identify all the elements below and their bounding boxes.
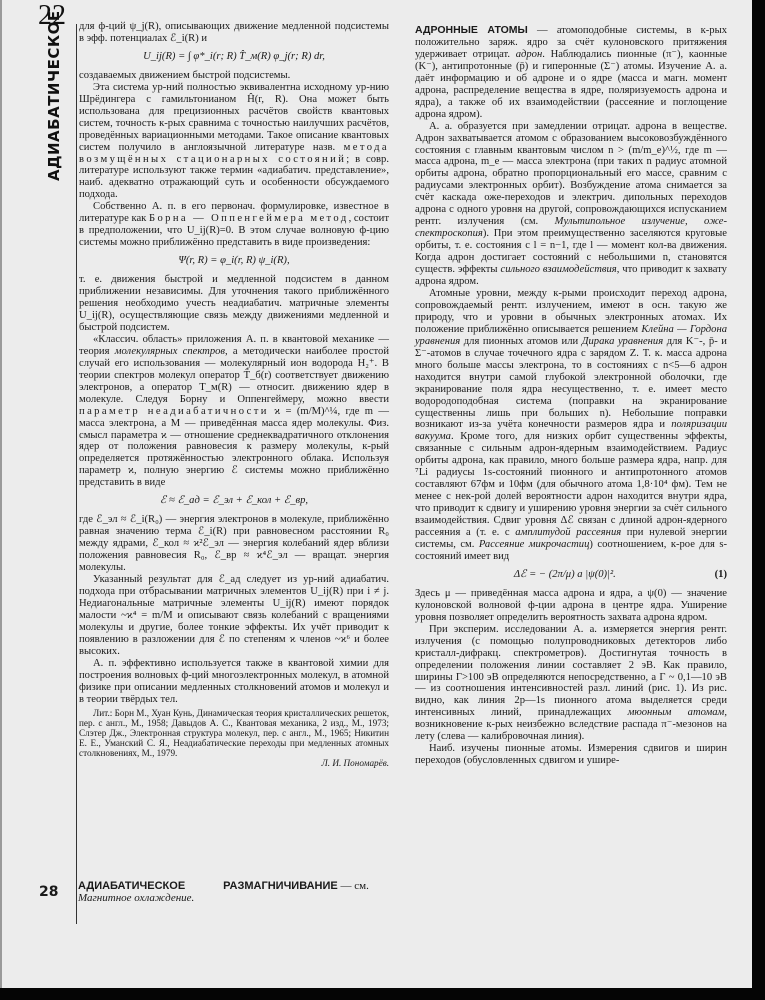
paragraph: А. а. образуется при замедлении отрицат.…: [415, 121, 727, 288]
cross-reference[interactable]: сильного взаимодействия: [501, 264, 617, 275]
spaced-term: Борна — Оппенгеймера метод: [149, 213, 349, 224]
left-column: для ф-ций ψ_j(R), описывающих движение м…: [79, 21, 389, 768]
entry-title: РАЗМАГНИЧИВАНИЕ: [223, 880, 338, 892]
scan-border-bottom: [0, 988, 765, 1000]
page-number-bottom: 28: [39, 884, 58, 900]
column-rule: [76, 24, 77, 924]
right-column: АДРОННЫЕ АТОМЫ — атомоподобные системы, …: [415, 25, 727, 767]
text: ϰ = (m/M)^¼, где m — масса электрона, а …: [79, 406, 389, 489]
paragraph: Указанный результат для ℰ_ад следует из …: [79, 574, 389, 658]
text: А. а. образуется при замедлении отрицат.…: [415, 121, 727, 228]
cross-reference[interactable]: Магнитное охлаждение.: [78, 892, 194, 904]
paragraph: где ℰ_эл ≈ ℰ_i(R₀) — энергия электронов …: [79, 514, 389, 574]
cross-reference[interactable]: Рассеяние микрочастиц: [479, 539, 590, 550]
paragraph: Атомные уровни, между к-рыми происходит …: [415, 288, 727, 563]
scan-border-right: [752, 0, 765, 1000]
text: для K⁻-, p̄- и Σ⁻-атомов в случае точечн…: [415, 336, 727, 431]
scanned-page: 22 АДИАБАТИЧЕСКОЕ для ф-ций ψ_j(R), опис…: [0, 0, 754, 988]
text: Эта система ур-ний полностью эквивалентн…: [79, 82, 389, 153]
running-head: АДИАБАТИЧЕСКОЕ: [45, 31, 63, 181]
paragraph: Собственно А. п. в его первонач. формули…: [79, 201, 389, 249]
entry-title: АДИАБАТИЧЕСКОЕ: [78, 880, 185, 892]
paragraph: При эксперим. исследовании А. а. измеряе…: [415, 624, 727, 744]
formula-wavefunction: Ψ(r, R) = φ_i(r, R) ψ_i(R),: [79, 255, 389, 267]
paragraph: А. п. эффективно используется также в кв…: [79, 658, 389, 706]
paragraph: Эта система ур-ний полностью эквивалентн…: [79, 82, 389, 202]
cross-reference[interactable]: молекулярных спектров: [115, 346, 225, 357]
text: . Кроме того, для низких орбит существен…: [415, 431, 727, 538]
paragraph: Здесь μ — приведённая масса адрона и ядр…: [415, 588, 727, 624]
author-signature: Л. И. Пономарёв.: [79, 758, 389, 768]
paragraph: Наиб. изучены пионные атомы. Измерения с…: [415, 743, 727, 767]
paragraph: «Классич. область» приложения А. п. в кв…: [79, 334, 389, 489]
text: При эксперим. исследовании А. а. измеряе…: [415, 624, 727, 719]
cross-reference[interactable]: мюонным атомам: [628, 707, 725, 718]
see-text: — см.: [338, 880, 369, 892]
references: Лит.: Борн М., Хуан Кунь, Динамическая т…: [79, 708, 389, 758]
formula-matrix-element: U_ij(R) = ∫ φ*_i(r; R) T̂_м(R) φ_j(r; R)…: [79, 51, 389, 63]
cross-reference[interactable]: амплитудой рассеяния: [515, 527, 621, 538]
next-entry: АДИАБАТИЧЕСКОЕРАЗМАГНИЧИВАНИЕ — см. Магн…: [78, 880, 398, 904]
paragraph: АДРОННЫЕ АТОМЫ — атомоподобные системы, …: [415, 25, 727, 121]
paragraph: для ф-ций ψ_j(R), описывающих движение м…: [79, 21, 389, 45]
formula-text: Δℰ = − (2π/μ) a |ψ(0)|².: [514, 569, 616, 580]
cross-reference[interactable]: адрон: [516, 49, 543, 60]
formula-level-shift: Δℰ = − (2π/μ) a |ψ(0)|².(1): [415, 569, 727, 581]
spaced-term: параметр неадиабатичности: [79, 406, 269, 417]
text: для пионных атомов или: [460, 336, 578, 347]
entry-title: АДРОННЫЕ АТОМЫ: [415, 24, 528, 36]
formula-energy: ℰ ≈ ℰ_ад = ℰ_эл + ℰ_кол + ℰ_вр,: [79, 495, 389, 507]
paragraph: т. е. движения быстрой и медленной подси…: [79, 274, 389, 334]
paragraph: создаваемых движением быстрой подсистемы…: [79, 70, 389, 82]
formula-number: (1): [715, 569, 727, 581]
cross-reference[interactable]: Дирака уравнения: [582, 336, 663, 347]
